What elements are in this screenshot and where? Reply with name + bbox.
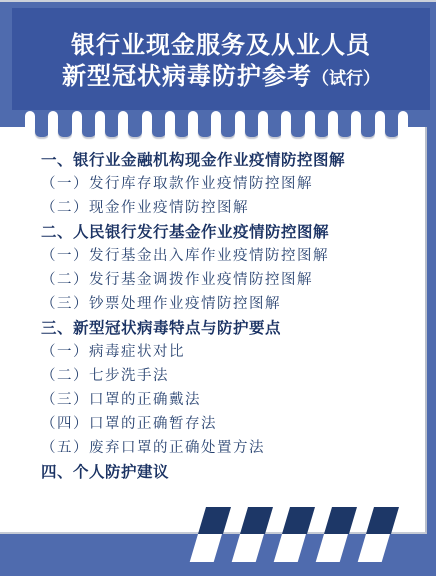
- tear-off-tab: [281, 111, 291, 141]
- perforation-tooth: [385, 127, 399, 137]
- perforation-tooth: [315, 127, 329, 137]
- toc-item: 二、人民银行发行基金作业疫情防控图解: [41, 220, 345, 244]
- toc-item: 一、银行业金融机构现金作业疫情防控图解: [41, 148, 345, 172]
- tear-off-tab: [305, 111, 315, 141]
- tear-off-tab: [375, 111, 385, 141]
- perforation-tooth: [82, 127, 96, 137]
- perforation-tooth: [221, 127, 235, 137]
- toc-item: （二）现金作业疫情防控图解: [41, 196, 345, 220]
- title-line-2-main: 新型冠状病毒防护参考: [62, 62, 312, 90]
- perforation-tooth: [198, 127, 212, 137]
- top-edge-line: [0, 0, 436, 2]
- perforation-tooth: [152, 127, 166, 137]
- toc-item: （三）口罩的正确戴法: [41, 388, 345, 412]
- table-of-contents: 一、银行业金融机构现金作业疫情防控图解 （一）发行库存取款作业疫情防控图解 （二…: [41, 148, 345, 484]
- perforation-tooth: [268, 127, 282, 137]
- tear-off-tab: [95, 111, 105, 141]
- tear-off-tab: [235, 111, 245, 141]
- tear-off-tab: [351, 111, 361, 141]
- title-banner: 银行业现金服务及从业人员 新型冠状病毒防护参考（试行）: [12, 8, 430, 110]
- tear-off-tab: [165, 111, 175, 141]
- tear-off-tab: [211, 111, 221, 141]
- toc-item: 四、个人防护建议: [41, 460, 345, 484]
- diagonal-stripe-white: [358, 534, 390, 562]
- tear-off-tab: [258, 111, 268, 141]
- tear-off-tab: [328, 111, 338, 141]
- perforation-tooth: [291, 127, 305, 137]
- tear-off-tab: [398, 111, 408, 141]
- perforation-tooth: [175, 127, 189, 137]
- perforation-tooth: [338, 127, 352, 137]
- toc-item: （一）病毒症状对比: [41, 340, 345, 364]
- tear-off-tab: [142, 111, 152, 141]
- diagonal-stripe-white: [274, 534, 306, 562]
- toc-item: （一）发行库存取款作业疫情防控图解: [41, 172, 345, 196]
- toc-item: （二）发行基金调拨作业疫情防控图解: [41, 268, 345, 292]
- toc-item: （五）废弃口罩的正确处置方法: [41, 436, 345, 460]
- diagonal-stripe-white: [316, 534, 348, 562]
- tear-off-tab: [188, 111, 198, 141]
- toc-item: （四）口罩的正确暂存法: [41, 412, 345, 436]
- title-line-2: 新型冠状病毒防护参考（试行）: [62, 61, 380, 95]
- toc-item: （一）发行基金出入库作业疫情防控图解: [41, 244, 345, 268]
- poster-page: 银行业现金服务及从业人员 新型冠状病毒防护参考（试行） 一、银行业金融机构现金作…: [0, 0, 436, 576]
- perforation-tooth: [128, 127, 142, 137]
- toc-item: （二）七步洗手法: [41, 364, 345, 388]
- tear-off-tab: [25, 111, 35, 141]
- perforation-tooth: [245, 127, 259, 137]
- perforation-tooth: [361, 127, 375, 137]
- perforation-tooth: [58, 127, 72, 137]
- perforation-tooth: [105, 127, 119, 137]
- tear-off-tab: [48, 111, 58, 141]
- diagonal-stripe-white: [190, 534, 222, 562]
- perforation-tooth: [35, 127, 49, 137]
- toc-item: （三）钞票处理作业疫情防控图解: [41, 292, 345, 316]
- tear-off-tab: [118, 111, 128, 141]
- tear-off-tab: [72, 111, 82, 141]
- title-line-1: 银行业现金服务及从业人员: [71, 30, 371, 61]
- diagonal-stripe-white: [232, 534, 264, 562]
- toc-item: 三、新型冠状病毒特点与防护要点: [41, 316, 345, 340]
- title-line-2-suffix: （试行）: [312, 69, 380, 89]
